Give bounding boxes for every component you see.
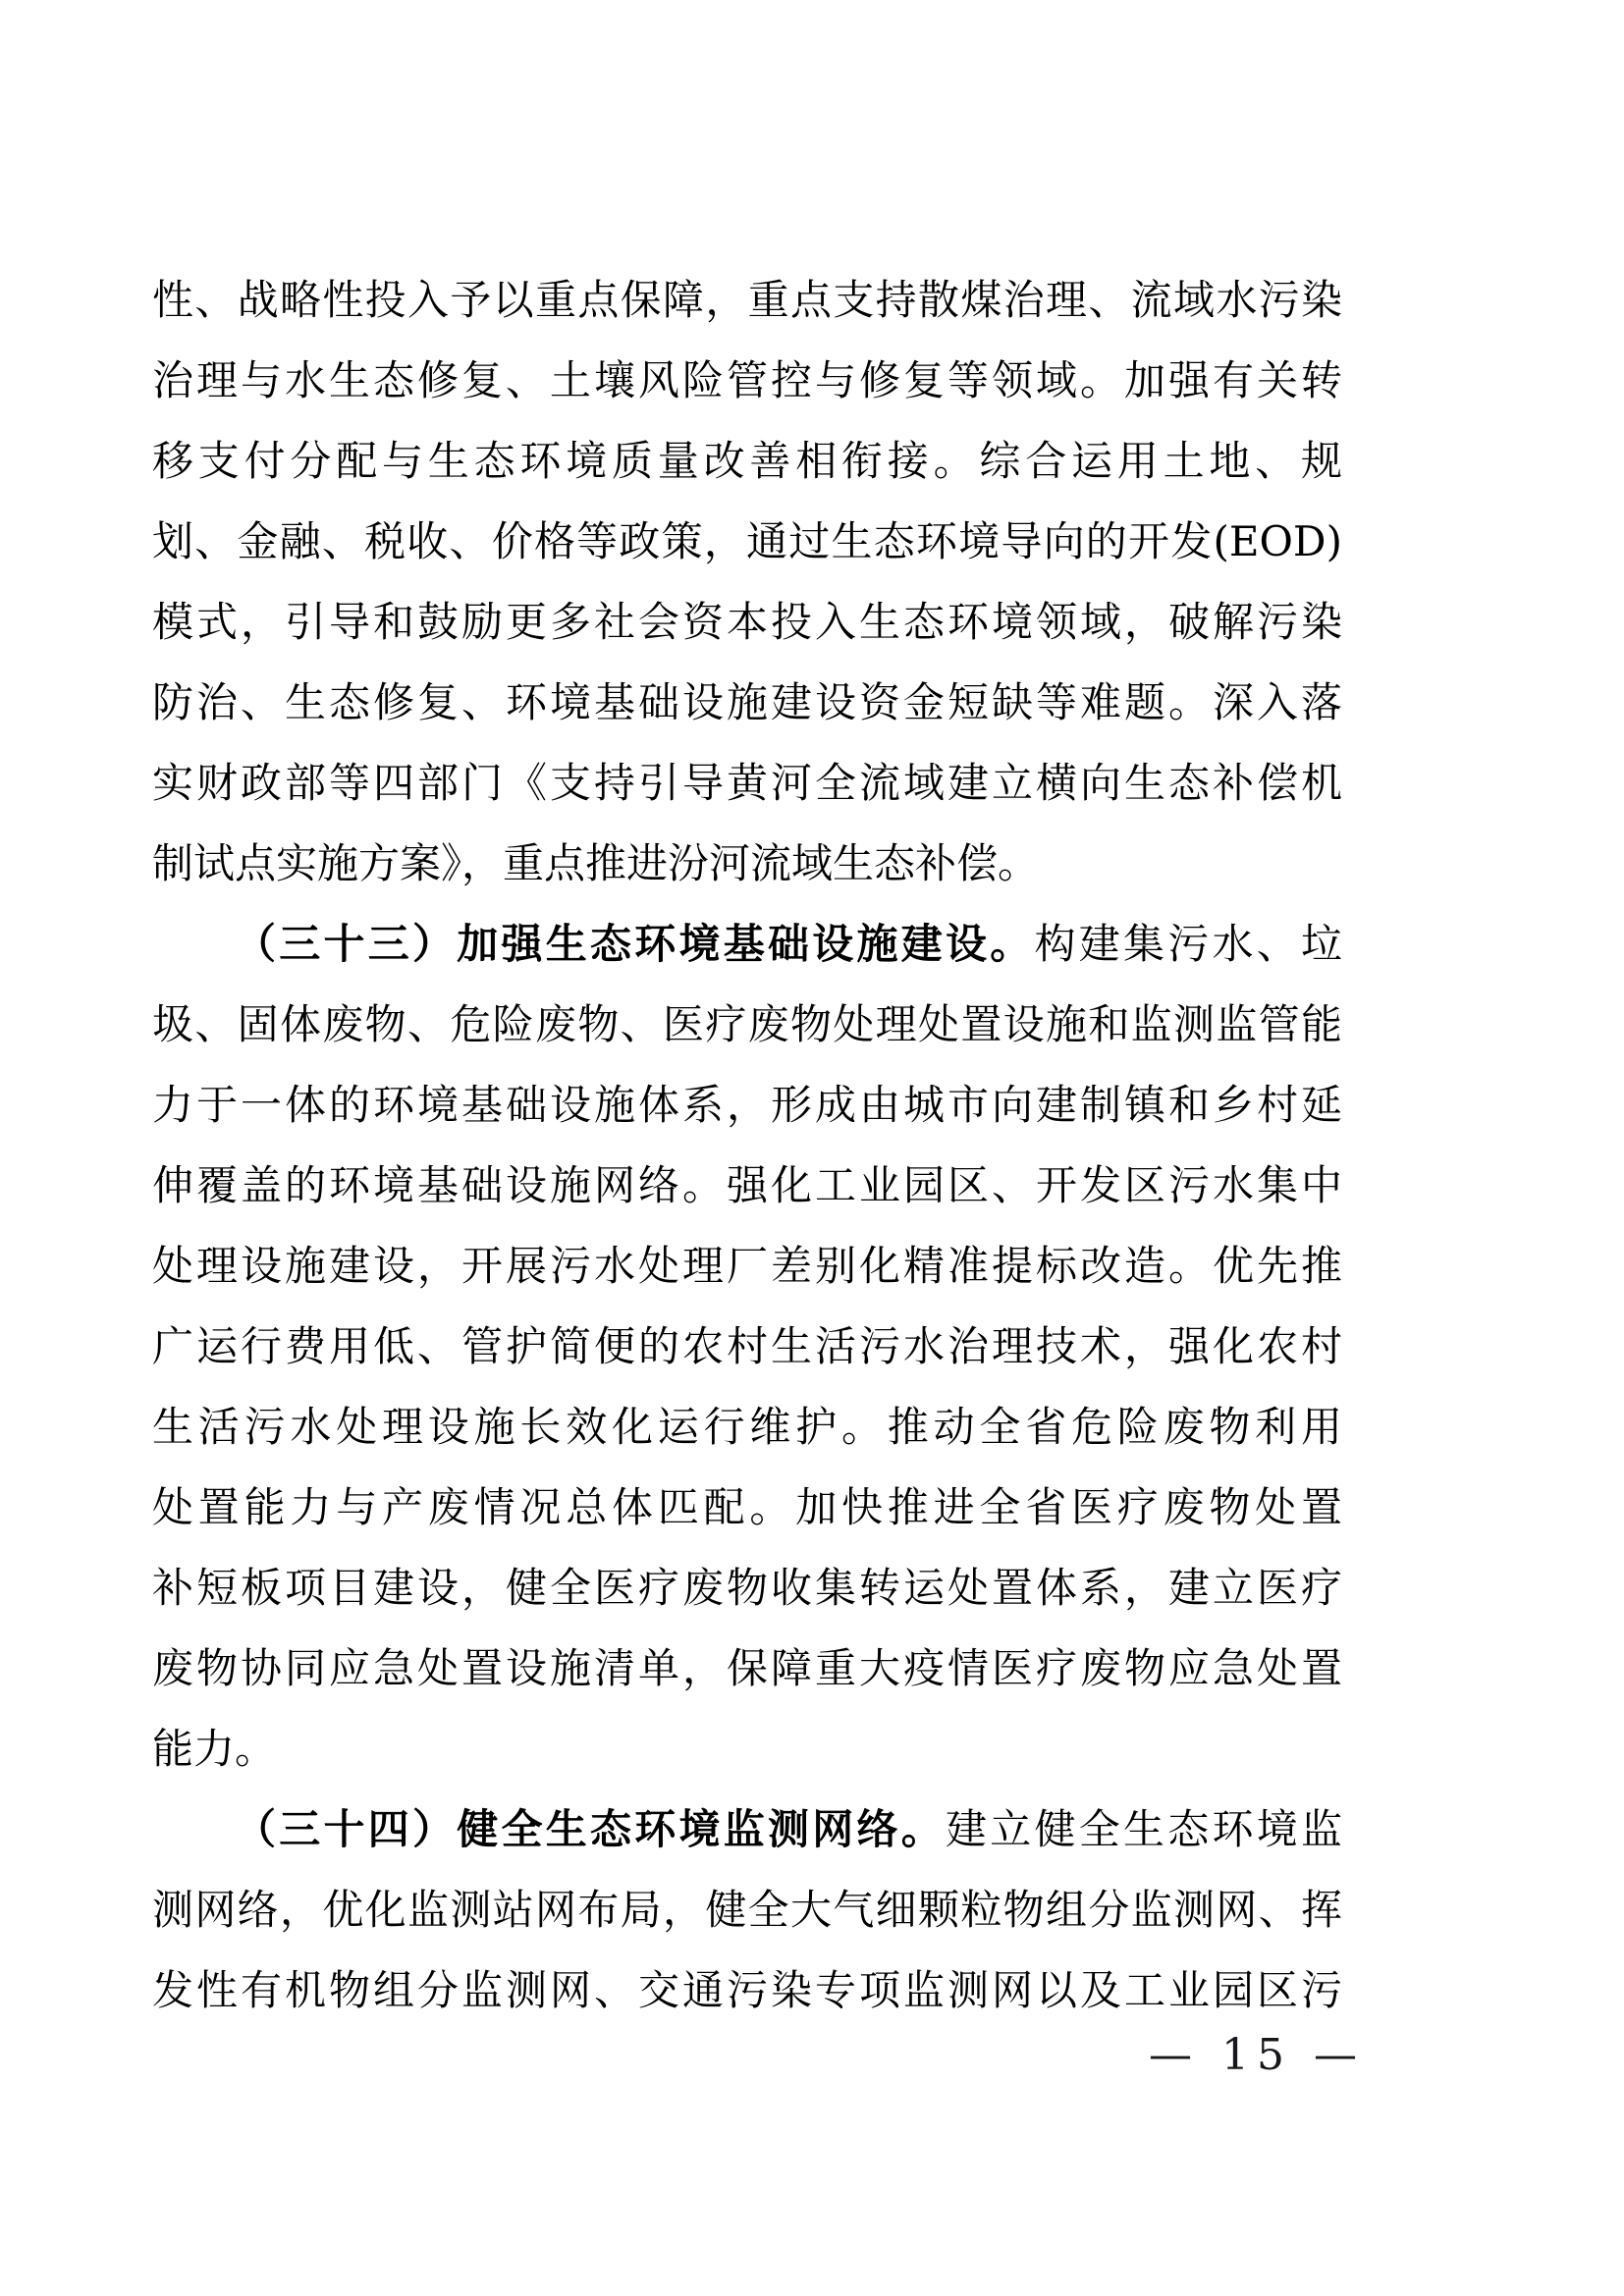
- text-segment: 能力。: [152, 1725, 276, 1773]
- text-segment: 广运行费用低、管护简便的农村生活污水治理技术，强化农村: [152, 1322, 1342, 1370]
- text-line: 伸覆盖的环境基础设施网络。强化工业园区、开发区污水集中: [152, 1146, 1342, 1226]
- text-line: 圾、固体废物、危险废物、医疗废物处理处置设施和监测监管能: [152, 985, 1342, 1065]
- text-line: 移支付分配与生态环境质量改善相衔接。综合运用土地、规: [152, 421, 1342, 502]
- text-segment: 建立健全生态环境监: [946, 1805, 1342, 1853]
- text-line: 能力。: [152, 1709, 1342, 1789]
- document-body: 性、战略性投入予以重点保障，重点支持散煤治理、流域水污染治理与水生态修复、土壤风…: [152, 260, 1342, 2031]
- page-number: — 15 —: [1119, 2024, 1394, 2087]
- paragraph-heading: （三十三）加强生态环境基础设施建设。: [235, 920, 1034, 968]
- text-line: 测网络，优化监测站网布局，健全大气细颗粒物组分监测网、挥: [152, 1870, 1342, 1950]
- text-line: 处理设施建设，开展污水处理厂差别化精准提标改造。优先推: [152, 1226, 1342, 1307]
- text-segment: 性、战略性投入予以重点保障，重点支持散煤治理、流域水污染: [152, 276, 1342, 324]
- text-line: 力于一体的环境基础设施体系，形成由城市向建制镇和乡村延: [152, 1065, 1342, 1146]
- text-segment: 处置能力与产废情况总体匹配。加快推进全省医疗废物处置: [152, 1483, 1342, 1531]
- text-segment: 移支付分配与生态环境质量改善相衔接。综合运用土地、规: [152, 437, 1342, 485]
- text-segment: 防治、生态修复、环境基础设施建设资金短缺等难题。深入落: [152, 678, 1342, 726]
- text-line: 制试点实施方案》，重点推进汾河流域生态补偿。: [152, 824, 1342, 904]
- text-segment: 模式，引导和鼓励更多社会资本投入生态环境领域，破解污染: [152, 598, 1342, 646]
- text-line: 性、战略性投入予以重点保障，重点支持散煤治理、流域水污染: [152, 260, 1342, 341]
- text-line: 防治、生态修复、环境基础设施建设资金短缺等难题。深入落: [152, 663, 1342, 743]
- text-segment: 治理与水生态修复、土壤风险管控与修复等领域。加强有关转: [152, 356, 1342, 404]
- text-segment: 力于一体的环境基础设施体系，形成由城市向建制镇和乡村延: [152, 1081, 1342, 1129]
- text-segment: 生活污水处理设施长效化运行维护。推动全省危险废物利用: [152, 1403, 1342, 1451]
- text-segment: 废物协同应急处置设施清单，保障重大疫情医疗废物应急处置: [152, 1644, 1342, 1692]
- text-line: 实财政部等四部门《支持引导黄河全流域建立横向生态补偿机: [152, 743, 1342, 824]
- text-segment: 发性有机物组分监测网、交通污染专项监测网以及工业园区污: [152, 1966, 1342, 2014]
- text-segment: 划、金融、税收、价格等政策，通过生态环境导向的开发(EOD): [152, 517, 1342, 565]
- text-line: （三十三）加强生态环境基础设施建设。构建集污水、垃: [152, 904, 1342, 985]
- paragraph-heading: （三十四）健全生态环境监测网络。: [235, 1805, 946, 1853]
- text-line: 生活污水处理设施长效化运行维护。推动全省危险废物利用: [152, 1387, 1342, 1468]
- text-line: （三十四）健全生态环境监测网络。建立健全生态环境监: [152, 1789, 1342, 1870]
- text-segment: 处理设施建设，开展污水处理厂差别化精准提标改造。优先推: [152, 1242, 1342, 1290]
- text-line: 废物协同应急处置设施清单，保障重大疫情医疗废物应急处置: [152, 1629, 1342, 1709]
- text-segment: 实财政部等四部门《支持引导黄河全流域建立横向生态补偿机: [152, 759, 1342, 807]
- text-segment: 圾、固体废物、危险废物、医疗废物处理处置设施和监测监管能: [152, 1000, 1342, 1048]
- text-line: 广运行费用低、管护简便的农村生活污水治理技术，强化农村: [152, 1307, 1342, 1387]
- text-segment: 构建集污水、垃: [1034, 920, 1342, 968]
- text-line: 划、金融、税收、价格等政策，通过生态环境导向的开发(EOD): [152, 502, 1342, 582]
- text-segment: 补短板项目建设，健全医疗废物收集转运处置体系，建立医疗: [152, 1564, 1342, 1612]
- text-line: 发性有机物组分监测网、交通污染专项监测网以及工业园区污: [152, 1950, 1342, 2031]
- document-page: 性、战略性投入予以重点保障，重点支持散煤治理、流域水污染治理与水生态修复、土壤风…: [0, 0, 1624, 2296]
- text-line: 治理与水生态修复、土壤风险管控与修复等领域。加强有关转: [152, 341, 1342, 421]
- text-segment: 伸覆盖的环境基础设施网络。强化工业园区、开发区污水集中: [152, 1161, 1342, 1209]
- text-segment: 制试点实施方案》，重点推进汾河流域生态补偿。: [152, 839, 1039, 887]
- text-line: 处置能力与产废情况总体匹配。加快推进全省医疗废物处置: [152, 1468, 1342, 1548]
- text-line: 补短板项目建设，健全医疗废物收集转运处置体系，建立医疗: [152, 1548, 1342, 1629]
- text-segment: 测网络，优化监测站网布局，健全大气细颗粒物组分监测网、挥: [152, 1886, 1342, 1934]
- text-line: 模式，引导和鼓励更多社会资本投入生态环境领域，破解污染: [152, 582, 1342, 663]
